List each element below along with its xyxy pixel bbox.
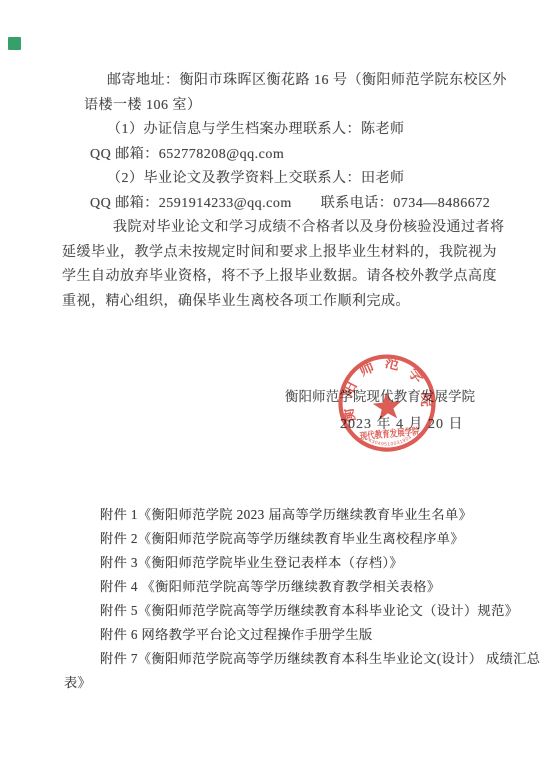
attachment-item-1: 附件 1《衡阳师范学院 2023 届高等学历继续教育毕业生名单》 bbox=[64, 503, 552, 527]
notice-paragraph-line-1: 我院对毕业论文和学习成绩不合格者以及身份核验没通过者将 bbox=[62, 216, 504, 241]
scan-artifact-square bbox=[8, 37, 21, 50]
contact-item-2: （2）毕业论文及教学资料上交联系人：田老师 bbox=[62, 167, 504, 192]
attachment-item-2: 附件 2《衡阳师范学院高等学历继续教育毕业生离校程序单》 bbox=[64, 527, 552, 551]
attachment-item-3: 附件 3《衡阳师范学院毕业生登记表样本（存档）》 bbox=[64, 551, 552, 575]
mailing-address-line-2: 语楼一楼 106 室） bbox=[62, 94, 504, 119]
contact-item-1: （1）办证信息与学生档案办理联系人：陈老师 bbox=[62, 118, 504, 143]
scanned-notice-page: { "page": { "background": "#ffffff", "te… bbox=[0, 0, 554, 783]
notice-paragraph-line-2: 延缓毕业，教学点未按规定时间和要求上报毕业生材料的，我院视为 bbox=[62, 241, 504, 266]
notice-paragraph-line-4: 重视，精心组织，确保毕业生离校各项工作顺利完成。 bbox=[62, 290, 504, 315]
document-body: 邮寄地址：衡阳市珠晖区衡花路 16 号（衡阳师范学院东校区外 语楼一楼 106 … bbox=[62, 69, 504, 314]
attachment-item-5: 附件 5《衡阳师范学院高等学历继续教育本科毕业论文（设计）规范》 bbox=[64, 599, 552, 623]
attachment-item-4: 附件 4 《衡阳师范学院高等学历继续教育教学相关表格》 bbox=[64, 575, 552, 599]
official-seal: 衡阳师范学院 现代教育发展学院 43049510031904 bbox=[332, 347, 445, 460]
qq-email-1: QQ 邮箱：652778208@qq.com bbox=[62, 143, 504, 168]
seal-star-icon bbox=[372, 391, 403, 420]
attachment-item-7: 附件 7《衡阳师范学院高等学历继续教育本科生毕业论文(设计） 成绩汇总表》 bbox=[64, 647, 550, 695]
mailing-address-line-1: 邮寄地址：衡阳市珠晖区衡花路 16 号（衡阳师范学院东校区外 bbox=[62, 69, 504, 94]
attachment-item-6: 附件 6 网络教学平台论文过程操作手册学生版 bbox=[64, 623, 552, 647]
qq-email-2-and-phone: QQ 邮箱：2591914233@qq.com 联系电话：0734—848667… bbox=[62, 192, 504, 217]
attachments-list: 附件 1《衡阳师范学院 2023 届高等学历继续教育毕业生名单》 附件 2《衡阳… bbox=[64, 503, 552, 695]
notice-paragraph-line-3: 学生自动放弃毕业资格，将不予上报毕业数据。请各校外教学点高度 bbox=[62, 265, 504, 290]
